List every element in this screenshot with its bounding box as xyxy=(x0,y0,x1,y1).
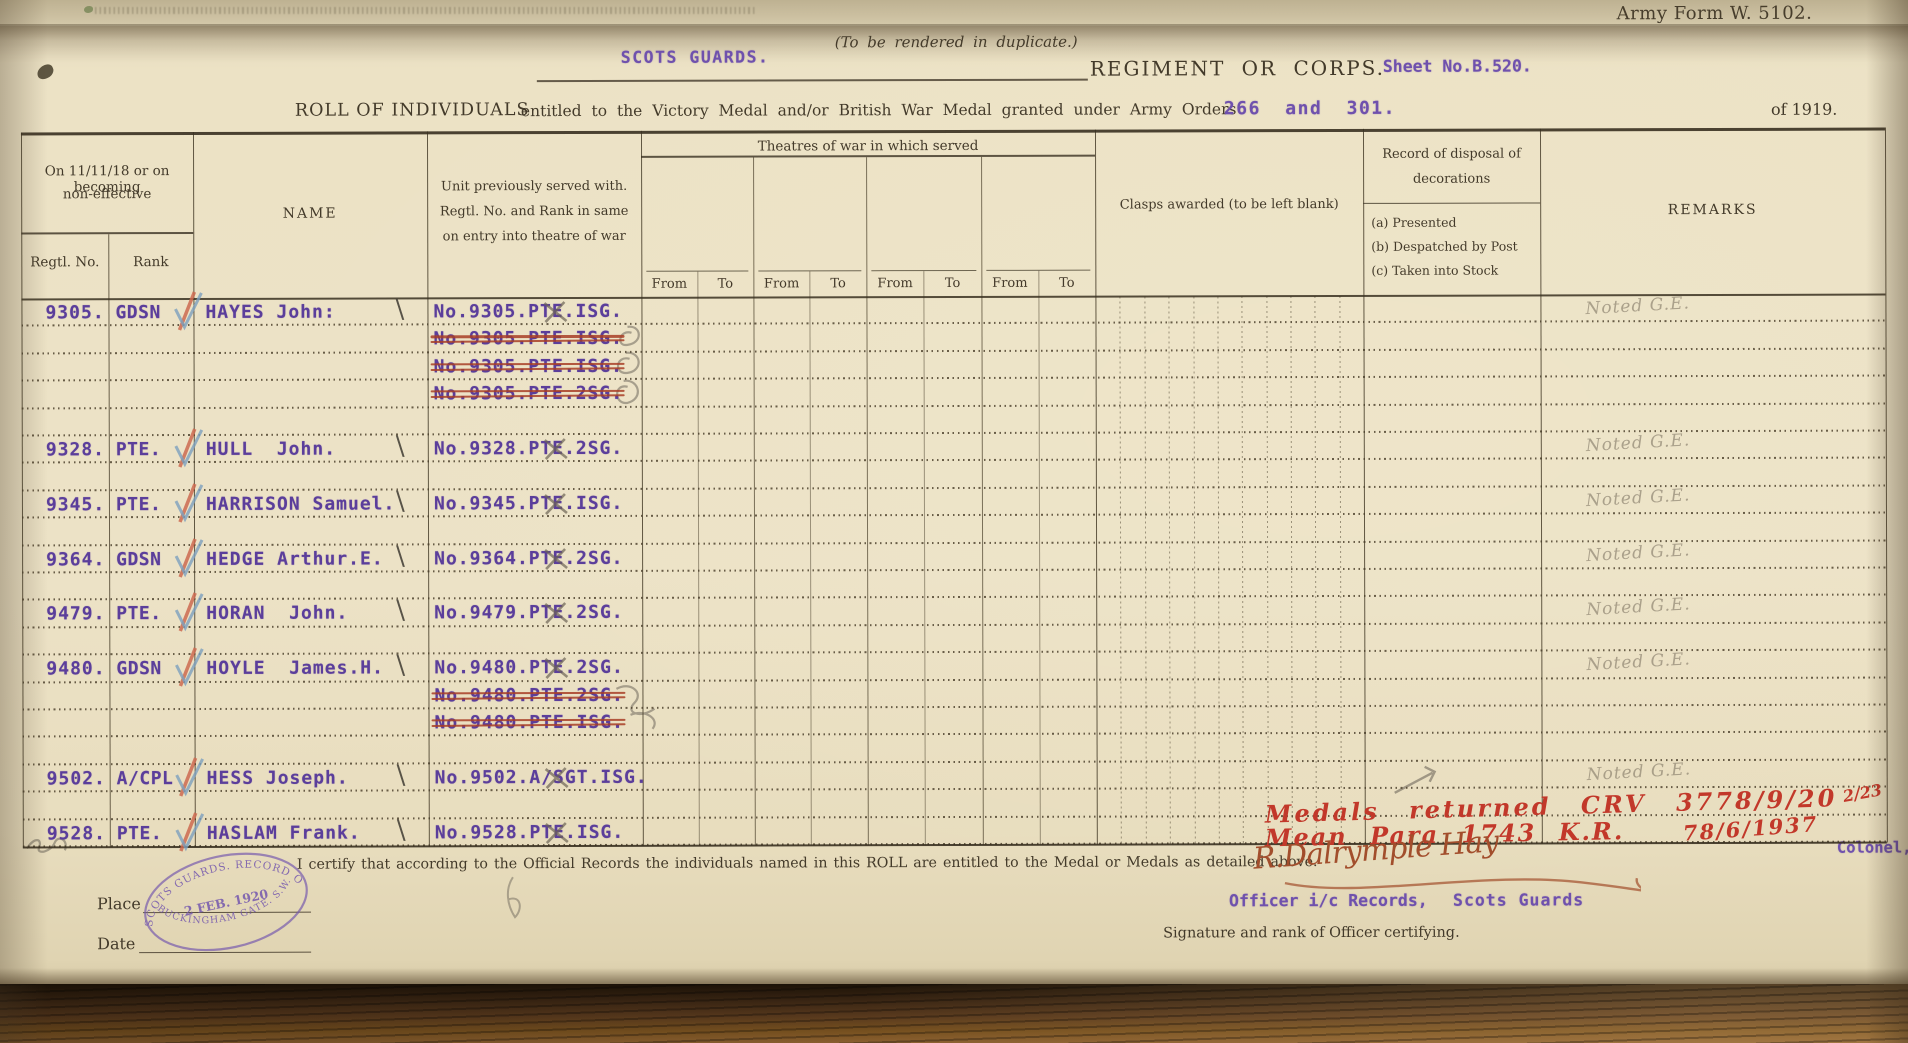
table-row-dotted-line xyxy=(23,731,1887,738)
entry-unit-struck: No.9305.PTE.ISG. xyxy=(434,355,623,379)
entry-unit: No.9479.PTE.2SG. xyxy=(434,601,623,625)
entry-unit: No.9480.PTE.2SG. xyxy=(434,656,623,680)
pencil-remark: Noted G.E. xyxy=(1585,430,1690,456)
entry-unit-struck: No.9305.PTE.ISG. xyxy=(433,327,622,351)
entry-regtl-no: 9328. xyxy=(46,438,105,462)
pen-backslash-mark: \ xyxy=(396,541,405,571)
rank-header: Rank xyxy=(108,254,193,270)
clasps-header: Clasps awarded (to be left blank) xyxy=(1095,197,1363,213)
table-column-line xyxy=(981,157,984,845)
theatres-header: Theatres of war in which served xyxy=(641,138,1095,155)
pencil-remark: Noted G.E. xyxy=(1586,540,1691,566)
entry-regtl-no: 9345. xyxy=(46,493,105,517)
theatre-x-mark xyxy=(540,299,570,329)
unit-header-line3: on entry into theatre of war xyxy=(427,229,641,245)
entry-rank: PTE. xyxy=(116,438,161,462)
entry-regtl-no: 9502. xyxy=(47,767,106,791)
theatre-to-label: To xyxy=(697,277,753,292)
entry-name: HULL John. xyxy=(206,438,336,462)
certification-text: I certify that according to the Official… xyxy=(297,854,1318,873)
theatre-from-label: From xyxy=(981,276,1038,291)
entry-rank: GDSN xyxy=(116,657,161,681)
entry-unit: No.9528.PTE.ISG. xyxy=(435,820,624,844)
theatre-from-label: From xyxy=(866,276,924,291)
entry-regtl-no: 9305. xyxy=(45,301,104,325)
checkmark-annotation xyxy=(170,481,206,529)
title-lead: ROLL OF INDIVIDUALS xyxy=(295,100,530,121)
table-column-line xyxy=(923,271,926,845)
col1-header-line2: non-effective xyxy=(21,186,193,202)
theatres-underline xyxy=(641,155,1095,158)
checkmark-annotation xyxy=(169,289,205,337)
entry-unit: No.9345.PTE.ISG. xyxy=(434,492,623,516)
entry-rank: PTE. xyxy=(117,822,162,846)
pen-backslash-mark: \ xyxy=(395,294,404,324)
checkmark-annotation xyxy=(171,755,207,803)
pencil-arrow-hess xyxy=(1393,763,1441,797)
theatre-x-mark xyxy=(542,820,572,850)
entry-name: HAYES John: xyxy=(205,301,335,325)
table-row-dotted-line xyxy=(22,347,1886,354)
theatre-from-label: From xyxy=(641,277,697,292)
pen-backslash-mark: \ xyxy=(396,486,405,516)
entry-unit-struck: No.9480.PTE.2SG. xyxy=(434,683,623,707)
entry-name: HEDGE Arthur.E. xyxy=(206,547,384,571)
entry-rank: GDSN xyxy=(116,548,161,572)
table-column-line xyxy=(1885,128,1888,843)
table-column-line xyxy=(809,271,812,845)
fromto-underline xyxy=(871,270,976,271)
pencil-remark: Noted G.E. xyxy=(1585,485,1690,511)
pencil-squiggle-footer xyxy=(499,875,531,921)
fromto-underline xyxy=(646,271,748,272)
pencil-remark: Noted G.E. xyxy=(1586,595,1691,621)
table-column-line xyxy=(753,158,756,846)
table-top-border xyxy=(21,128,1885,136)
wooden-desk-surface xyxy=(0,984,1908,1043)
pen-backslash-mark: \ xyxy=(396,651,405,681)
entry-name: HESS Joseph. xyxy=(207,766,349,790)
red-remark-line1-fraction: 2/23 xyxy=(1841,780,1883,806)
scanned-medal-roll-document: Army Form W. 5102. (To be rendered in du… xyxy=(0,0,1908,1043)
theatre-to-label: To xyxy=(1038,276,1095,291)
table-column-line xyxy=(697,272,700,846)
disposal-header-line2: decorations xyxy=(1363,171,1540,186)
pencil-remark: Noted G.E. xyxy=(1585,293,1690,319)
title-of-year: of 1919. xyxy=(1771,100,1838,119)
table-row-dotted-line xyxy=(22,402,1886,409)
regiment-stamp: SCOTS GUARDS. xyxy=(621,47,770,66)
pen-backslash-mark: \ xyxy=(396,431,405,461)
name-header: NAME xyxy=(193,205,427,222)
theatre-x-mark xyxy=(542,765,572,795)
entry-name: HARRISON Samuel. xyxy=(206,492,395,516)
entry-regtl-no: 9364. xyxy=(46,548,105,572)
pencil-remark: Noted G.E. xyxy=(1586,650,1691,676)
unit-header-line2: Regtl. No. and Rank in same xyxy=(427,204,641,220)
ink-blot xyxy=(35,62,56,81)
theatre-to-label: To xyxy=(924,276,982,291)
table-row-dotted-line xyxy=(22,704,1886,711)
entry-unit-struck: No.9305.PTE.2SG. xyxy=(434,382,623,406)
clasps-subcolumn-line xyxy=(1120,297,1122,845)
unit-header-line1: Unit previously served with. xyxy=(427,179,641,195)
table-row-dotted-line xyxy=(22,375,1886,382)
checkmark-annotation xyxy=(170,426,206,474)
main-sheet: Army Form W. 5102. (To be rendered in du… xyxy=(0,0,1908,1043)
entry-name: HORAN John. xyxy=(206,602,348,626)
theatre-to-label: To xyxy=(810,276,867,291)
duplicate-note: (To be rendered in duplicate.) xyxy=(835,33,1078,52)
title-rest: entitled to the Victory Medal and/or Bri… xyxy=(521,100,1237,120)
paper-bottom-shadow xyxy=(0,968,1908,984)
regiment-or-corps-label: REGIMENT OR CORPS. xyxy=(1090,56,1385,81)
entry-rank: A/CPL xyxy=(117,767,174,791)
pen-backslash-mark: \ xyxy=(396,596,405,626)
entry-unit: No.9328.PTE.2SG. xyxy=(434,437,623,461)
disposal-item-b: (b) Despatched by Post xyxy=(1371,239,1517,254)
entry-rank: GDSN xyxy=(115,301,160,325)
form-number: Army Form W. 5102. xyxy=(1617,3,1813,25)
pen-backslash-mark: \ xyxy=(397,760,406,790)
record-office-oval-stamp: SCOTS GUARDS. RECORD OFFICE BUCKINGHAM G… xyxy=(122,828,331,976)
pencil-remark: Noted G.E. xyxy=(1586,759,1691,785)
checkmark-annotation xyxy=(170,645,206,693)
entry-name: HOYLE James.H. xyxy=(206,657,384,681)
entry-regtl-no: 9479. xyxy=(46,603,105,627)
table-column-line xyxy=(866,157,869,845)
col1-header-divider xyxy=(21,232,193,234)
checkmark-annotation xyxy=(170,590,206,638)
theatre-x-mark xyxy=(541,546,571,576)
army-orders-numbers: 266 and 301. xyxy=(1224,98,1396,119)
regiment-underline xyxy=(537,79,1088,82)
entry-regtl-no: 9480. xyxy=(46,657,105,681)
regtl-no-header: Regtl. No. xyxy=(21,254,108,270)
disposal-item-a: (a) Presented xyxy=(1371,215,1456,230)
remarks-header: REMARKS xyxy=(1540,202,1885,219)
theatre-x-mark xyxy=(541,436,571,466)
table-column-line xyxy=(1038,271,1041,845)
date-label: Date xyxy=(97,934,135,953)
fromto-underline xyxy=(986,270,1090,271)
entry-rank: PTE. xyxy=(116,602,161,626)
fromto-underline xyxy=(758,270,861,271)
entry-regtl-no: 9528. xyxy=(47,822,106,846)
pen-backslash-mark: \ xyxy=(397,815,406,845)
theatre-from-label: From xyxy=(753,276,810,291)
theatre-x-mark xyxy=(541,655,571,685)
theatre-x-mark xyxy=(541,600,571,630)
entry-unit: No.9305.PTE.ISG. xyxy=(433,300,622,324)
disposal-header-line1: Record of disposal of xyxy=(1363,146,1540,161)
entry-unit-struck: No.9480.PTE.ISG. xyxy=(434,711,623,735)
disposal-item-c: (c) Taken into Stock xyxy=(1371,263,1498,278)
disposal-header-divider xyxy=(1363,202,1540,204)
signature-caption: Signature and rank of Officer certifying… xyxy=(1163,925,1460,942)
theatre-x-mark xyxy=(541,491,571,521)
checkmark-annotation xyxy=(170,536,206,584)
sheet-number: Sheet No.B.520. xyxy=(1383,56,1532,75)
entry-rank: PTE. xyxy=(116,493,161,517)
entry-unit: No.9364.PTE.2SG. xyxy=(434,546,623,570)
